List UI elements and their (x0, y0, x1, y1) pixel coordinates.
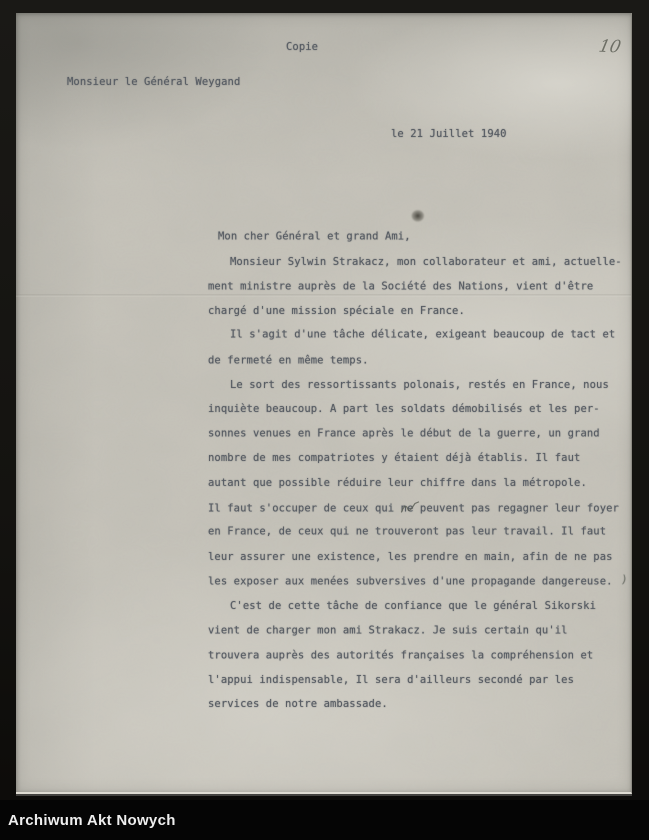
stray-margin-mark: ) (620, 573, 628, 587)
letter-sheet: Copie 10 Monsieur le Général Weygand le … (16, 13, 632, 794)
insertion-caret-mark (400, 501, 420, 515)
letter-line: ment ministre auprès de la Société des N… (208, 275, 628, 300)
letter-line: services de notre ambassade. (208, 692, 628, 717)
letter-line: inquiète beaucoup. A part les soldats dé… (208, 397, 628, 422)
letter-line: les exposer aux menées subversives d'une… (208, 570, 628, 595)
letter-line: C'est de cette tâche de confiance que le… (208, 594, 628, 619)
letter-line: leur assurer une existence, les prendre … (208, 545, 628, 570)
letter-line: l'appui indispensable, Il sera d'ailleur… (208, 668, 628, 693)
letter-line: trouvera auprès des autorités françaises… (208, 644, 628, 669)
date-line: le 21 Juillet 1940 (391, 128, 507, 140)
letter-body: Mon cher Général et grand Ami,Monsieur S… (208, 225, 628, 717)
copy-label: Copie (286, 41, 318, 53)
letter-line: sonnes venues en France après le début d… (208, 421, 628, 446)
letter-line: autant que possible réduire leur chiffre… (208, 471, 628, 496)
letter-line: Le sort des ressortissants polonais, res… (208, 373, 628, 398)
letter-line: Mon cher Général et grand Ami, (208, 225, 628, 250)
letter-line: de fermeté en même temps. (208, 349, 628, 374)
letter-line: vient de charger mon ami Strakacz. Je su… (208, 618, 628, 643)
letter-line: Monsieur Sylwin Strakacz, mon collaborat… (208, 250, 628, 275)
letter-line: nombre de mes compatriotes y étaient déj… (208, 446, 628, 471)
letter-line: Il s'agit d'une tâche délicate, exigeant… (208, 323, 628, 348)
pencil-page-number: 10 (597, 37, 623, 58)
letter-line: en France, de ceux qui ne trouveront pas… (208, 520, 628, 545)
archive-watermark: Archiwum Akt Nowych (8, 812, 176, 829)
letter-line: chargé d'une mission spéciale en France. (208, 299, 628, 324)
recipient-line: Monsieur le Général Weygand (67, 76, 240, 88)
